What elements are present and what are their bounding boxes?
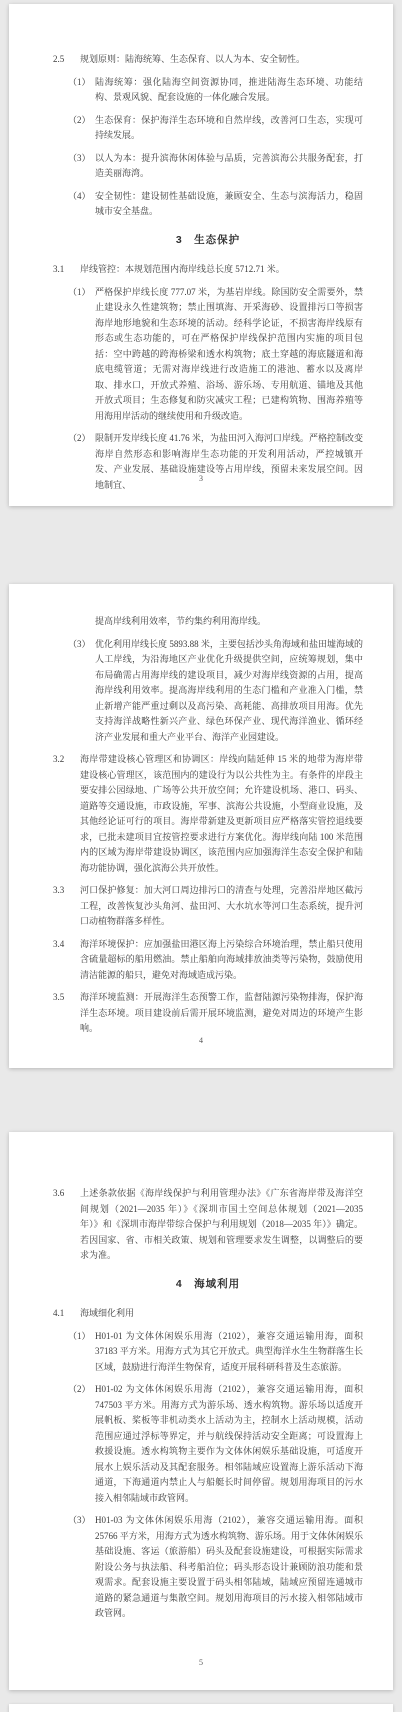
clause-text: 岸线管控：本规划范围内海岸线总长度 5712.71 米。 bbox=[80, 262, 363, 278]
numbered-item: （1）严格保护岸线长度 777.07 米，为基岩岸线。除国防安全需要外，禁止建设… bbox=[68, 285, 363, 425]
paragraph-continuation: 提高岸线利用效率，节约集约利用海岸线。 bbox=[95, 614, 363, 630]
clause-label: 3.6 bbox=[53, 1186, 80, 1264]
clause-label: （1） bbox=[68, 1329, 95, 1376]
clause-label: （3） bbox=[68, 637, 95, 746]
section-heading: 4 海域利用 bbox=[53, 1277, 363, 1293]
clause-label: 3.3 bbox=[53, 883, 80, 930]
page-number: 5 bbox=[9, 1655, 393, 1671]
clause-label: 3.1 bbox=[53, 262, 80, 278]
numbered-clause: 2.5规划原则：陆海统筹、生态保育、以人为本、安全韧性。 bbox=[53, 52, 363, 68]
numbered-clause: 3.1岸线管控：本规划范围内海岸线总长度 5712.71 米。 bbox=[53, 262, 363, 278]
clause-text: H01-03 为文体休闲娱乐用海（2102），兼容交通运输用海。面积 25766… bbox=[95, 1513, 363, 1622]
clause-text: 严格保护岸线长度 777.07 米，为基岩岸线。除国防安全需要外，禁止建设永久性… bbox=[95, 285, 363, 425]
clause-text: 规划原则：陆海统筹、生态保育、以人为本、安全韧性。 bbox=[80, 52, 363, 68]
clause-label: （3） bbox=[68, 151, 95, 182]
numbered-item: （2）H01-02 为文体休闲娱乐用海（2102），兼容交通运输用海，面积 74… bbox=[68, 1382, 363, 1506]
clause-text: H01-01 为文体休闲娱乐用海（2102），兼容交通运输用海，面积 37183… bbox=[95, 1329, 363, 1376]
clause-text: 海岸带建设核心管理区和协调区：岸线向陆延伸 15 米的地带为海岸带建设核心管理区… bbox=[80, 752, 363, 876]
numbered-clause: 3.6上述条款依据《海岸线保护与利用管理办法》《广东省海岸带及海洋空间规划（20… bbox=[53, 1186, 363, 1264]
section-heading: 3 生态保护 bbox=[53, 233, 363, 249]
numbered-clause: 3.5海洋环境监测：开展海洋生态预警工作，监督陆源污染物排海，保护海洋生态环境。… bbox=[53, 990, 363, 1037]
numbered-clause: 3.2海岸带建设核心管理区和协调区：岸线向陆延伸 15 米的地带为海岸带建设核心… bbox=[53, 752, 363, 876]
clause-label: （1） bbox=[68, 75, 95, 106]
clause-text: 上述条款依据《海岸线保护与利用管理办法》《广东省海岸带及海洋空间规划（2021—… bbox=[80, 1186, 363, 1264]
clause-label: 4.1 bbox=[53, 1306, 80, 1322]
clause-text: 安全韧性：建设韧性基础设施，兼顾安全、生态与滨海活力，稳固城市安全基盘。 bbox=[95, 189, 363, 220]
clause-text: 优化利用岸线长度 5893.88 米，主要包括沙头角海域和盐田墟海域的人工岸线，… bbox=[95, 637, 363, 746]
numbered-item: （1）H01-01 为文体休闲娱乐用海（2102），兼容交通运输用海，面积 37… bbox=[68, 1329, 363, 1376]
clause-text: 河口保护修复：加大河口周边排污口的清查与处理，完善沿岸地区截污工程，改善恢复沙头… bbox=[80, 883, 363, 930]
clause-label: （2） bbox=[68, 113, 95, 144]
clause-label: （4） bbox=[68, 189, 95, 220]
clause-text: 海域细化利用 bbox=[80, 1306, 363, 1322]
clause-text: 陆海统筹：强化陆海空间资源协同，推进陆海生态环境、功能结构、景观风貌、配套设施的… bbox=[95, 75, 363, 106]
document-viewport: 2.5规划原则：陆海统筹、生态保育、以人为本、安全韧性。（1）陆海统筹：强化陆海… bbox=[0, 4, 402, 1712]
page-number: 4 bbox=[9, 1033, 393, 1049]
document-page: 2.5规划原则：陆海统筹、生态保育、以人为本、安全韧性。（1）陆海统筹：强化陆海… bbox=[9, 4, 393, 506]
numbered-item: （1）陆海统筹：强化陆海空间资源协同，推进陆海生态环境、功能结构、景观风貌、配套… bbox=[68, 75, 363, 106]
clause-text: 以人为本：提升滨海休闲体验与品质，完善滨海公共服务配套，打造美丽海湾。 bbox=[95, 151, 363, 182]
clause-label: 3.4 bbox=[53, 937, 80, 984]
numbered-item: （3）H01-03 为文体休闲娱乐用海（2102），兼容交通运输用海。面积 25… bbox=[68, 1513, 363, 1622]
document-page: 提高岸线利用效率，节约集约利用海岸线。（3）优化利用岸线长度 5893.88 米… bbox=[9, 584, 393, 1068]
next-page-top-edge bbox=[9, 1704, 393, 1712]
page-number: 3 bbox=[9, 471, 393, 487]
clause-label: （2） bbox=[68, 1382, 95, 1506]
clause-label: （1） bbox=[68, 285, 95, 425]
clause-label: 3.5 bbox=[53, 990, 80, 1037]
clause-label: 3.2 bbox=[53, 752, 80, 876]
clause-text: 海洋环境保护：应加强盐田港区海上污染综合环境治理，禁止船只使用含硫量超标的船用燃… bbox=[80, 937, 363, 984]
numbered-clause: 4.1海域细化利用 bbox=[53, 1306, 363, 1322]
numbered-item: （2）生态保育：保护海洋生态环境和自然岸线，改善河口生态，实现可持续发展。 bbox=[68, 113, 363, 144]
clause-text: H01-02 为文体休闲娱乐用海（2102），兼容交通运输用海，面积 74750… bbox=[95, 1382, 363, 1506]
numbered-clause: 3.4海洋环境保护：应加强盐田港区海上污染综合环境治理，禁止船只使用含硫量超标的… bbox=[53, 937, 363, 984]
numbered-item: （3）优化利用岸线长度 5893.88 米，主要包括沙头角海域和盐田墟海域的人工… bbox=[68, 637, 363, 746]
numbered-item: （4）安全韧性：建设韧性基础设施，兼顾安全、生态与滨海活力，稳固城市安全基盘。 bbox=[68, 189, 363, 220]
clause-label: （3） bbox=[68, 1513, 95, 1622]
clause-text: 海洋环境监测：开展海洋生态预警工作，监督陆源污染物排海，保护海洋生态环境。项目建… bbox=[80, 990, 363, 1037]
clause-text: 生态保育：保护海洋生态环境和自然岸线，改善河口生态，实现可持续发展。 bbox=[95, 113, 363, 144]
document-page: 3.6上述条款依据《海岸线保护与利用管理办法》《广东省海岸带及海洋空间规划（20… bbox=[9, 1132, 393, 1690]
numbered-clause: 3.3河口保护修复：加大河口周边排污口的清查与处理，完善沿岸地区截污工程，改善恢… bbox=[53, 883, 363, 930]
numbered-item: （3）以人为本：提升滨海休闲体验与品质，完善滨海公共服务配套，打造美丽海湾。 bbox=[68, 151, 363, 182]
clause-label: 2.5 bbox=[53, 52, 80, 68]
